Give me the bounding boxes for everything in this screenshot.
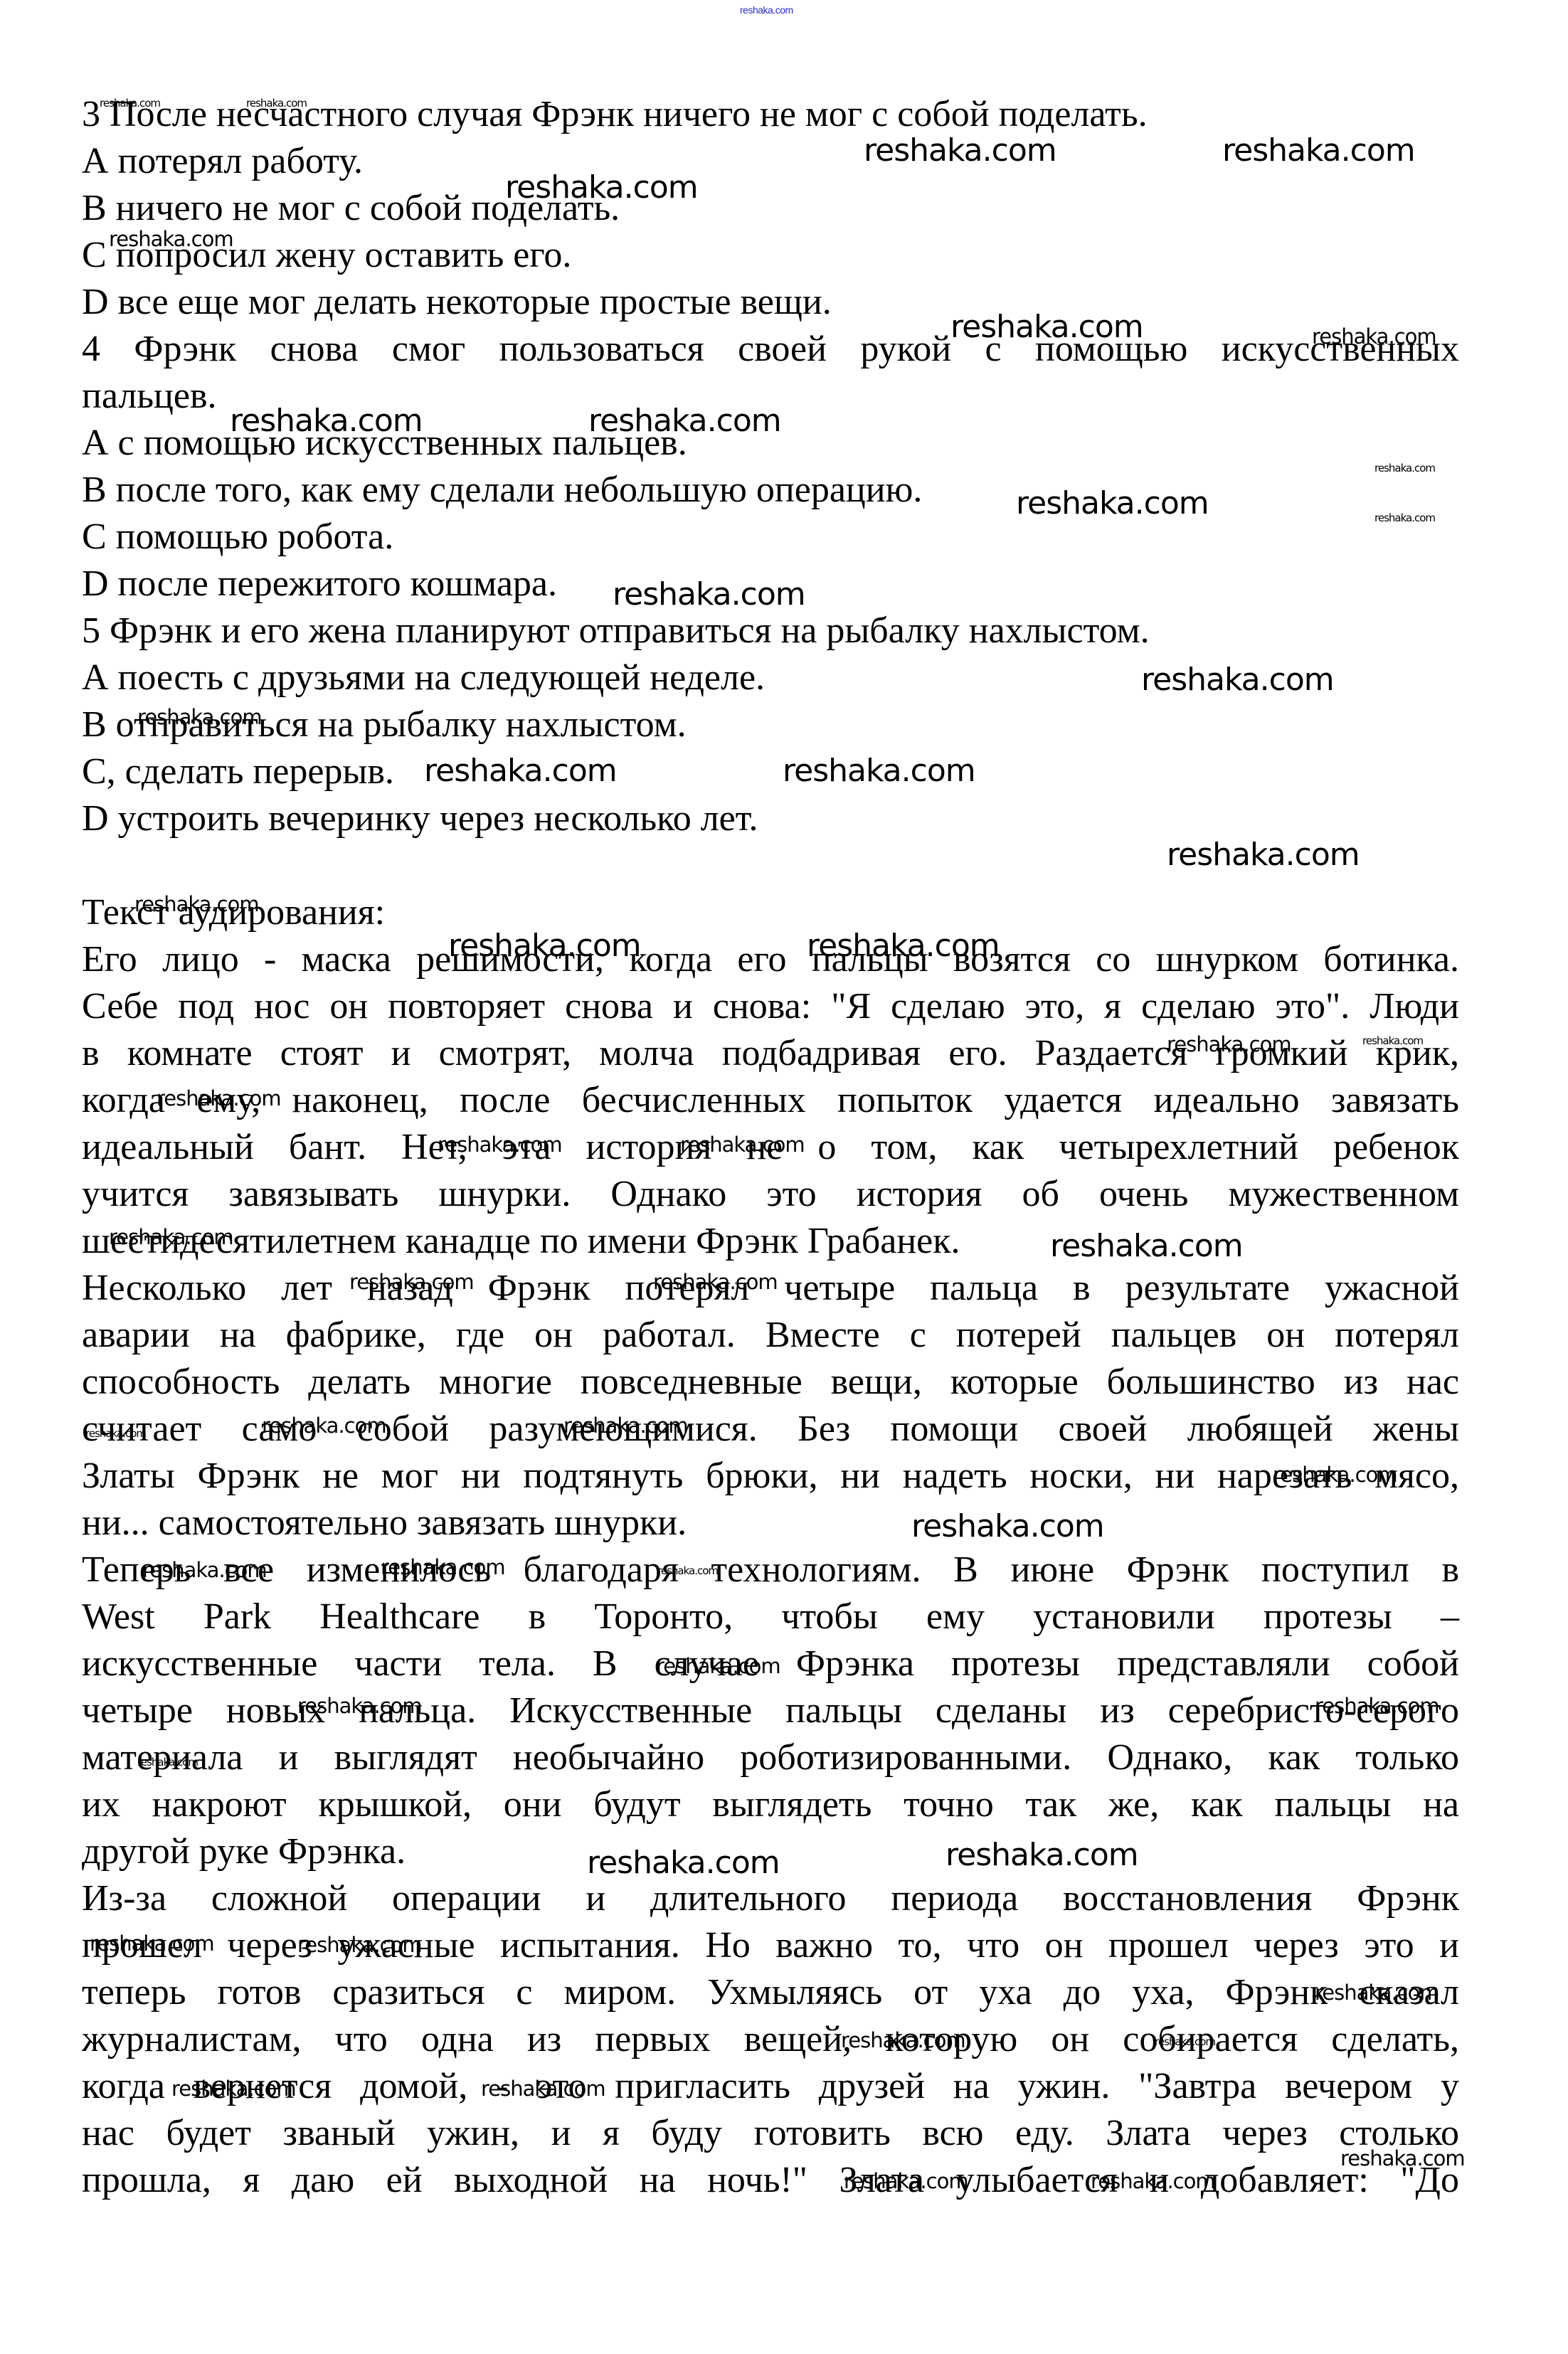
watermark: reshaka.com: [1091, 2171, 1215, 2192]
text-line: четыре новых пальца. Искусственные пальц…: [82, 1687, 1459, 1734]
text-line: прошла, я даю ей выходной на ночь!" Злат…: [82, 2157, 1459, 2204]
listening-heading: Текст аудирования:: [82, 889, 1459, 936]
paragraph-2: Несколько лет назад Фрэнк потерял четыре…: [82, 1265, 1459, 1547]
watermark: reshaka.com: [1315, 1696, 1439, 1717]
watermark: reshaka.com: [588, 405, 781, 437]
question-stem-line-1: 4 Фрэнк снова смог пользоваться своей ру…: [82, 326, 1459, 373]
watermark: reshaka.com: [297, 1935, 422, 1956]
text-line: способность делать многие повседневные в…: [82, 1359, 1459, 1406]
watermark: reshaka.com: [481, 2079, 605, 2099]
watermark: reshaka.com: [1315, 1983, 1439, 2003]
watermark: reshaka.com: [438, 1135, 562, 1155]
option-c: С помощью робота.: [82, 514, 1459, 561]
text-line: нас будет званый ужин, и я буду готовить…: [82, 2110, 1459, 2157]
watermark: reshaka.com: [1374, 463, 1435, 474]
watermark: reshaka.com: [844, 2171, 968, 2192]
watermark: reshaka.com: [171, 2079, 296, 2099]
text-line: West Park Healthcare в Торонто, чтобы ем…: [82, 1594, 1459, 1640]
paragraph-3: Теперь все изменилось благодаря технолог…: [82, 1547, 1459, 1875]
watermark: reshaka.com: [1141, 664, 1334, 696]
watermark: reshaka.com: [230, 405, 423, 437]
watermark: reshaka.com: [109, 229, 233, 250]
watermark: reshaka.com: [297, 1696, 422, 1717]
text-line: их накроют крышкой, они будут выглядеть …: [82, 1781, 1459, 1828]
watermark: reshaka.com: [1222, 135, 1415, 166]
watermark: reshaka.com: [349, 1272, 474, 1293]
watermark: reshaka.com: [656, 1656, 780, 1677]
watermark: reshaka.com: [381, 1557, 505, 1578]
text-line: прошел через ужасные испытания. Но важно…: [82, 1922, 1459, 1969]
watermark: reshaka.com: [1167, 1034, 1291, 1055]
text-line: материала и выглядят необычайно роботизи…: [82, 1734, 1459, 1781]
option-d: D устроить вечеринку через несколько лет…: [82, 795, 1459, 842]
text-line: шестидесятилетнем канадце по имени Фрэнк…: [82, 1218, 1459, 1265]
text-line: Себе под нос он повторяет снова и снова:…: [82, 983, 1459, 1030]
watermark: reshaka.com: [90, 1934, 214, 1954]
text-line: аварии на фабрике, где он работал. Вмест…: [82, 1312, 1459, 1359]
option-b: В отправиться на рыбалку нахлыстом.: [82, 701, 1459, 748]
watermark: reshaka.com: [137, 1757, 198, 1768]
watermark: reshaka.com: [563, 1416, 688, 1436]
watermark: reshaka.com: [1050, 1231, 1243, 1262]
watermark: reshaka.com: [841, 2030, 965, 2051]
text-line: Златы Фрэнк не мог ни подтянуть брюки, н…: [82, 1453, 1459, 1500]
listening-section: Текст аудирования: Его лицо - маска реши…: [82, 889, 1459, 2204]
option-b: В ничего не мог с собой поделать.: [82, 185, 1459, 232]
watermark: reshaka.com: [100, 98, 160, 109]
watermark: reshaka.com: [505, 172, 698, 203]
text-line: журналистам, что одна из первых вещей, к…: [82, 2016, 1459, 2063]
question-4: 4 Фрэнк снова смог пользоваться своей ру…: [82, 326, 1459, 608]
watermark: reshaka.com: [945, 1840, 1138, 1871]
watermark: reshaka.com: [85, 1428, 146, 1439]
header-site-link[interactable]: reshaka.com: [740, 4, 793, 16]
watermark: reshaka.com: [246, 98, 307, 109]
watermark: reshaka.com: [1374, 513, 1435, 524]
paragraph-4: Из-за сложной операции и длительного пер…: [82, 1875, 1459, 2204]
option-c: С, сделать перерыв.: [82, 748, 1459, 795]
watermark: reshaka.com: [1312, 327, 1436, 347]
watermark: reshaka.com: [653, 1272, 778, 1293]
watermark: reshaka.com: [424, 755, 617, 787]
text-line: ни... самостоятельно завязать шнурки.: [82, 1500, 1459, 1547]
text-line: Из-за сложной операции и длительного пер…: [82, 1875, 1459, 1922]
option-b: В после того, как ему сделали небольшую …: [82, 467, 1459, 514]
text-line: теперь готов сразиться с миром. Ухмыляяс…: [82, 1969, 1459, 2016]
watermark: reshaka.com: [142, 1560, 267, 1581]
question-3: 3 После несчастного случая Фрэнк ничего …: [82, 91, 1459, 326]
watermark: reshaka.com: [911, 1511, 1104, 1542]
watermark: reshaka.com: [1016, 488, 1209, 519]
watermark: reshaka.com: [783, 755, 975, 787]
watermark: reshaka.com: [137, 707, 262, 728]
watermark: reshaka.com: [109, 1227, 233, 1248]
question-5: 5 Фрэнк и его жена планируют отправиться…: [82, 608, 1459, 842]
watermark: reshaka.com: [680, 1135, 805, 1155]
watermark: reshaka.com: [1340, 2148, 1465, 2169]
watermark: reshaka.com: [1167, 839, 1360, 871]
watermark: reshaka.com: [1155, 2037, 1215, 2047]
watermark: reshaka.com: [807, 931, 1000, 962]
watermark: reshaka.com: [262, 1416, 386, 1436]
watermark: reshaka.com: [587, 1847, 780, 1879]
text-line: Его лицо - маска решимости, когда его па…: [82, 936, 1459, 983]
watermark: reshaka.com: [134, 894, 259, 915]
option-d: D все еще мог делать некоторые простые в…: [82, 279, 1459, 326]
option-c: С попросил жену оставить его.: [82, 232, 1459, 279]
watermark: reshaka.com: [1362, 1036, 1423, 1046]
watermark: reshaka.com: [1273, 1465, 1397, 1485]
watermark: reshaka.com: [448, 931, 641, 962]
text-line: учится завязывать шнурки. Однако это ист…: [82, 1171, 1459, 1218]
watermark: reshaka.com: [864, 135, 1056, 166]
paragraph-1: Его лицо - маска решимости, когда его па…: [82, 936, 1459, 1265]
question-stem: 5 Фрэнк и его жена планируют отправиться…: [82, 608, 1459, 654]
text-line: Теперь все изменилось благодаря технолог…: [82, 1547, 1459, 1594]
watermark: reshaka.com: [157, 1088, 281, 1109]
text-line: когда ему, наконец, после бесчисленных п…: [82, 1077, 1459, 1124]
watermark: reshaka.com: [613, 579, 805, 610]
watermark: reshaka.com: [950, 312, 1143, 343]
watermark: reshaka.com: [657, 1566, 718, 1576]
